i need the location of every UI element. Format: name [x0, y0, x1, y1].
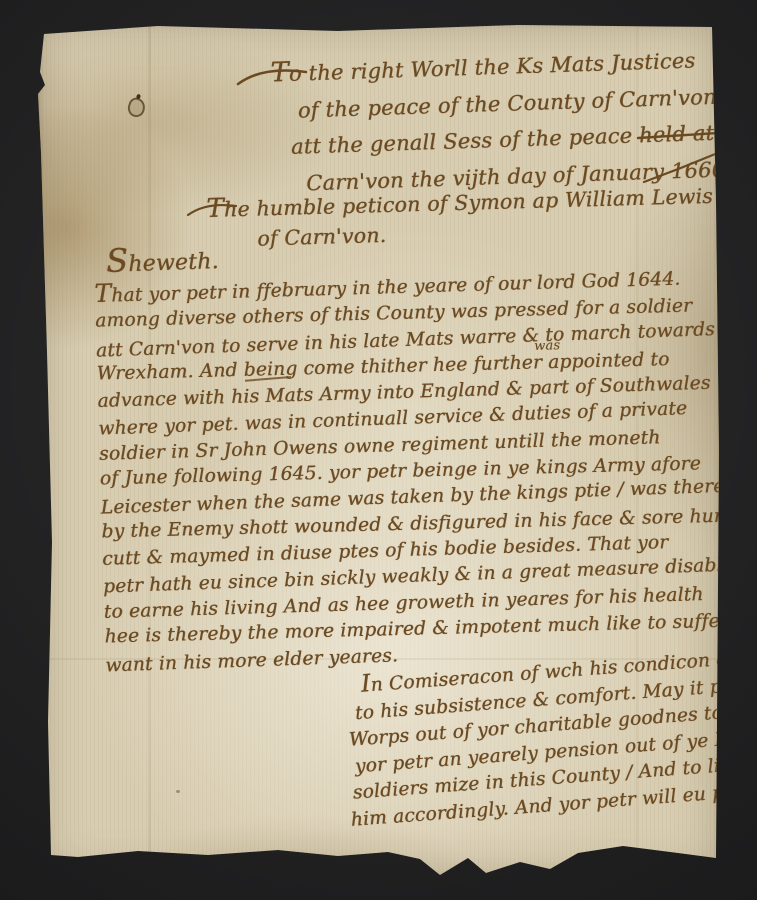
petition-prayer: In Comiseracon of wch his condicon & to … — [344, 641, 757, 834]
petition-body: That yor petr in ffebruary in the yeare … — [94, 262, 746, 678]
ink-speck — [176, 790, 180, 793]
sheweth-word: Sheweth. — [105, 238, 219, 280]
photo-background: To the right Worll the Ks Mats Justices … — [0, 0, 757, 900]
petition-heading: To the right Worll the Ks Mats Justices … — [256, 40, 731, 203]
manuscript-page: To the right Worll the Ks Mats Justices … — [38, 22, 720, 878]
petition-salutation: The humble peticon of Symon ap William L… — [206, 179, 728, 254]
interlinear-insertion: was — [534, 333, 561, 360]
wormhole-mark — [125, 96, 147, 119]
